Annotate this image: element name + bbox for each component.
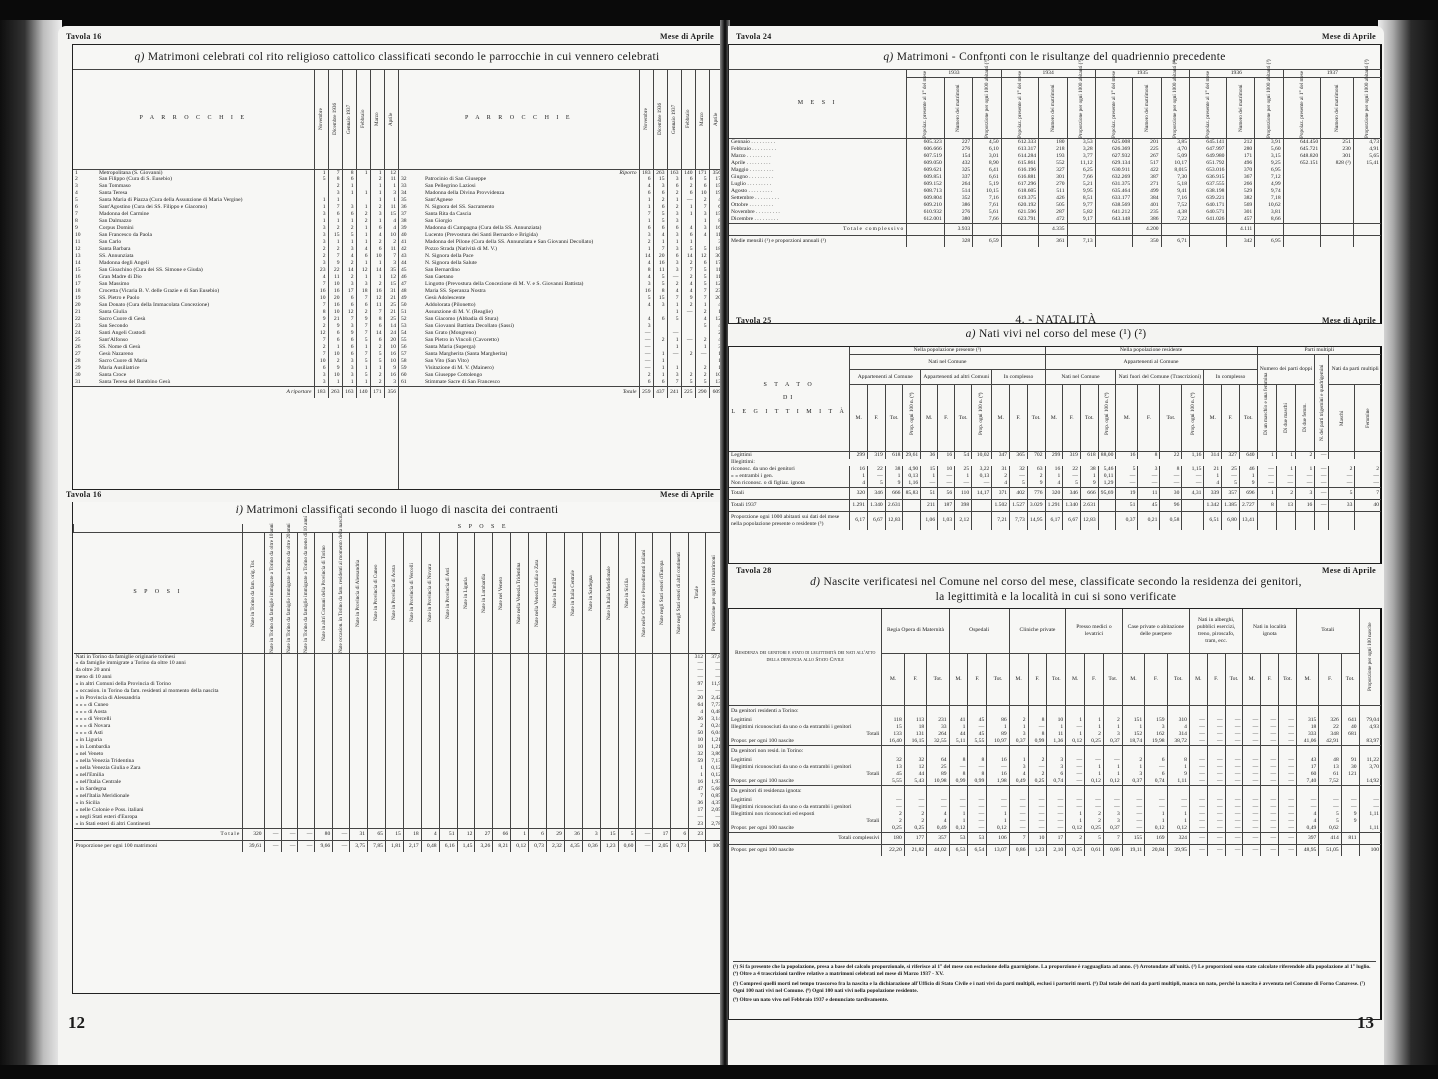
cell: 10 <box>1047 717 1066 724</box>
cell: 0,25 <box>1085 825 1104 832</box>
cell <box>333 807 350 814</box>
cell: 472 <box>1039 216 1067 223</box>
cell: 1 <box>370 183 384 190</box>
cell <box>618 716 636 723</box>
cell <box>529 744 547 751</box>
cell <box>385 730 403 737</box>
cell <box>529 730 547 737</box>
cell: — <box>955 480 972 487</box>
cell <box>564 688 582 695</box>
cell <box>529 716 547 723</box>
cell: 645.721 <box>1283 146 1320 153</box>
cell: — <box>1047 797 1066 804</box>
cell <box>511 758 529 765</box>
cell: 11 <box>328 274 342 281</box>
sub-label-text: Prop. ogni 100 n. (⁴) <box>1104 401 1111 435</box>
cell <box>475 681 493 688</box>
sub-label: Di due femm. <box>1296 385 1315 452</box>
cell: 6,71 <box>1161 235 1189 246</box>
cell: 2 <box>314 246 328 253</box>
table-row: Illegittimi riconosciuti da uno o da ent… <box>729 804 1381 811</box>
column-header-label: Febbraio <box>685 74 692 164</box>
column-header: Nate in Provincia di Alessandria <box>350 532 368 653</box>
column-header: Gennaio 1937 <box>342 69 356 169</box>
table-row: 42Pozzo Strada (Natività di M. V.)173551… <box>399 246 723 253</box>
birthplace-label: da oltre 20 anni <box>74 667 243 674</box>
cell: — <box>927 804 949 811</box>
cell: 48 <box>1319 757 1341 764</box>
comparison-table-title: q) Matrimoni - Confronti con le risultan… <box>729 51 1380 63</box>
cell <box>903 511 921 529</box>
cell <box>546 674 564 681</box>
cell: 402 <box>1010 487 1028 499</box>
cell <box>493 772 511 779</box>
column-header: Aprile <box>384 69 398 169</box>
cell <box>475 688 493 695</box>
cell <box>653 758 671 765</box>
cell: 357 <box>927 832 949 844</box>
cell <box>968 706 987 717</box>
cell: 8,015 <box>1161 167 1189 174</box>
parti-trigemini-label: N. dei parti trigemini e quadrigemini <box>1319 355 1326 451</box>
cell <box>439 807 457 814</box>
legitimacy-header-line: L E G I T T I M I T À <box>731 409 847 417</box>
cell: 6 <box>667 183 681 190</box>
cell: 159 <box>1145 717 1167 724</box>
cell <box>618 786 636 793</box>
total-cell: 16 <box>689 779 706 786</box>
month-row: Ottobre . . . . . . . . .609.2103867,616… <box>729 202 1381 209</box>
cell: 5 <box>1319 818 1341 825</box>
birthplace-marriages-table: i) Matrimoni classificati secondo il luo… <box>72 502 722 994</box>
cell <box>385 653 403 660</box>
cell: 1.291 <box>850 499 868 511</box>
table-row: » nelle Colonie e Poss. italiani172,05 <box>74 807 724 814</box>
proportion-row: Proporzione per ogni 100 matrimoni39,61—… <box>74 841 724 852</box>
cell: 14,92 <box>1359 778 1381 785</box>
cell: 3 <box>667 218 681 225</box>
cell: 21 <box>328 316 342 323</box>
cell: 1 <box>356 169 370 176</box>
cell: — <box>639 351 653 358</box>
cell: 9 <box>1341 811 1359 818</box>
cell: — <box>264 829 281 841</box>
cell: 1 <box>885 473 903 480</box>
cell <box>243 716 264 723</box>
cell <box>421 709 439 716</box>
cell <box>582 674 600 681</box>
cell <box>1167 745 1189 756</box>
cell <box>653 751 671 758</box>
cell <box>493 681 511 688</box>
cell <box>368 737 386 744</box>
cell <box>333 821 350 828</box>
table-row: 25Sant'Alfonso7665620 <box>73 337 398 344</box>
cell <box>511 765 529 772</box>
cell <box>457 765 475 772</box>
cell: 608.713 <box>907 188 944 195</box>
cell <box>1341 825 1359 832</box>
cell: — <box>1257 480 1276 487</box>
cell: 3 <box>342 365 356 372</box>
cell: 1 <box>1296 466 1315 473</box>
cell: 1 <box>987 818 1009 825</box>
cell <box>475 758 493 765</box>
column-header: Nate nella Venezia Giulia e Zara <box>529 532 547 653</box>
cell: 16 <box>384 372 398 379</box>
row-label: Medie mensili (¹) e proporzioni annuali … <box>729 235 907 246</box>
row-number: 12 <box>73 246 89 253</box>
cell <box>243 793 264 800</box>
cell: — <box>1359 797 1381 804</box>
cell: 637.555 <box>1190 181 1227 188</box>
column-header: Nate in Provincia di Asti <box>439 532 457 653</box>
cell <box>368 702 386 709</box>
cell: — <box>1225 832 1243 844</box>
cell: — <box>968 797 987 804</box>
sub-label: F. <box>1063 385 1081 452</box>
cell: 8,66 <box>1255 216 1283 223</box>
sub-label: Tot. <box>885 385 903 452</box>
cell: — <box>1103 797 1122 804</box>
cell: — <box>1116 480 1138 487</box>
cell <box>671 737 689 744</box>
cell: 6 <box>529 829 547 841</box>
cell: 702 <box>1027 451 1045 458</box>
cell: 44 <box>904 771 926 778</box>
subtotal-row: Totali4544898816426—11369——————6061121 <box>729 771 1381 778</box>
cell <box>264 758 281 765</box>
cell <box>1122 706 1144 717</box>
cell <box>350 667 368 674</box>
cell: 2 <box>1085 811 1104 818</box>
cell: 25 <box>384 316 398 323</box>
total-cell: 7 <box>689 793 706 800</box>
cell <box>511 786 529 793</box>
month-row: Luglio . . . . . . . . .609.1522645,1961… <box>729 181 1381 188</box>
cell <box>529 800 547 807</box>
cell <box>457 821 475 828</box>
table-row: » nella Venezia Giulia e Zara10,12 <box>74 765 724 772</box>
cell <box>529 765 547 772</box>
cell <box>243 674 264 681</box>
cell <box>653 779 671 786</box>
cell: 641.212 <box>1095 209 1132 216</box>
carried-forward-label: Riporto <box>399 169 639 176</box>
cell: 2,05 <box>653 841 671 852</box>
cell: 3 <box>1047 764 1066 771</box>
parish-name: Santa Margherita (Santa Margherita) <box>415 351 639 358</box>
column-header-label: Nate nella Venezia Giulia e Zara <box>534 533 541 653</box>
sub-label: F. <box>968 653 987 706</box>
table-row: 20San Donato (Cura della Immacolata Conc… <box>73 302 398 309</box>
cell <box>582 821 600 828</box>
cell <box>681 344 695 351</box>
cell: 7 <box>356 330 370 337</box>
cell <box>439 723 457 730</box>
cell <box>368 660 386 667</box>
cell <box>403 709 421 716</box>
cell: — <box>1066 764 1085 771</box>
cell: 7 <box>639 211 653 218</box>
location-group-header: Case private o abitazione delle puerpere <box>1122 609 1189 653</box>
cell: — <box>681 197 695 204</box>
cell <box>281 737 298 744</box>
cell: 2 <box>1329 466 1355 473</box>
sub-label: M. <box>850 385 868 452</box>
row-label: Totali <box>729 487 850 499</box>
cell: 0,21 <box>1138 511 1160 529</box>
cell: 9 <box>328 365 342 372</box>
birthplace-label: » nel Veneto <box>74 751 243 758</box>
cell: 140 <box>681 169 695 176</box>
cell <box>421 751 439 758</box>
cell <box>582 702 600 709</box>
column-header: Popolaz. presente al 1° del mese <box>907 77 944 138</box>
table-row: 52San Giacomo (Abbadia di Stura)465412 <box>399 316 723 323</box>
cell: — <box>1296 480 1315 487</box>
cell: 4 <box>653 232 667 239</box>
cell: 643.148 <box>1095 216 1132 223</box>
cell: 380 <box>944 216 972 223</box>
row-number: 33 <box>399 183 415 190</box>
row-number: 34 <box>399 190 415 197</box>
column-header-label: Popolaz. presente al 1° del mese <box>1017 78 1024 138</box>
cell <box>264 723 281 730</box>
cell: — <box>1160 480 1182 487</box>
cell: — <box>904 804 926 811</box>
cell: 0,37 <box>1009 738 1028 745</box>
cell: — <box>1261 797 1279 804</box>
cell: 2 <box>1085 731 1104 738</box>
cell <box>1161 223 1189 235</box>
cell: 25 <box>955 466 972 473</box>
cell <box>281 660 298 667</box>
sub-label: F. <box>868 385 886 452</box>
row-label: Totali <box>729 818 882 825</box>
column-header-label: Nate in Sicilia <box>624 533 631 653</box>
month-row: Settembre . . . . . . . . .609.8043527,1… <box>729 195 1381 202</box>
cell: — <box>1066 724 1085 731</box>
cell: 3,26 <box>475 841 493 852</box>
sub-label-text: Prop. ogni 100 n. (⁴) <box>1190 401 1197 435</box>
cell: 14 <box>370 267 384 274</box>
cell: 3 <box>639 281 653 288</box>
cell <box>564 772 582 779</box>
cell <box>350 681 368 688</box>
cell: — <box>1103 757 1122 764</box>
cell <box>298 695 315 702</box>
running-head-table-i-right: Mese di Aprile <box>660 490 714 499</box>
cell: 12,83 <box>1080 511 1098 529</box>
cell: — <box>1261 771 1279 778</box>
cell <box>350 758 368 765</box>
cell <box>511 709 529 716</box>
running-head-table-i: Tavola 16 <box>66 490 102 499</box>
cell <box>600 681 618 688</box>
cell <box>243 723 264 730</box>
cell: — <box>987 764 1009 771</box>
cell <box>582 758 600 765</box>
cell: 1 <box>384 197 398 204</box>
cell: — <box>1261 825 1279 832</box>
table-row: 40Lucento (Prevostura dei Santi Bernardo… <box>399 232 723 239</box>
cell: 6 <box>639 176 653 183</box>
cell: 9,25 <box>1255 160 1283 167</box>
total-cell: 10 <box>689 744 706 751</box>
cell <box>368 779 386 786</box>
parish-name: San Giuseppe Cottolengo <box>415 372 639 379</box>
cell: 5 <box>1085 832 1104 844</box>
cell <box>671 688 689 695</box>
cell <box>298 793 315 800</box>
cell <box>1261 785 1279 796</box>
sub-label: Prop. ogni 100 n. (⁴) <box>972 385 992 452</box>
cell: 319 <box>868 451 886 458</box>
cell <box>671 779 689 786</box>
row-label: Legittimi <box>729 757 882 764</box>
cell <box>475 730 493 737</box>
cell: 10 <box>695 190 709 197</box>
cell <box>600 821 618 828</box>
cell <box>493 793 511 800</box>
cell <box>421 737 439 744</box>
parish-name: Santa Giulia <box>89 309 314 316</box>
cell <box>298 660 315 667</box>
cell <box>457 688 475 695</box>
cell: 56 <box>938 487 955 499</box>
cell: — <box>1315 487 1329 499</box>
column-header-label: Nate occasion. in Torino da fam. residen… <box>338 533 345 653</box>
cell: 8 <box>1167 757 1189 764</box>
cell <box>333 723 350 730</box>
cell: 337 <box>944 174 972 181</box>
cell: 627.932 <box>1095 153 1132 160</box>
cell: 6 <box>667 225 681 232</box>
cell: 4,38 <box>1161 209 1189 216</box>
cell: — <box>681 309 695 316</box>
cell <box>243 681 264 688</box>
cell <box>671 716 689 723</box>
cell <box>333 681 350 688</box>
parish-name: Madonna di Campagna (Cura della SS. Annu… <box>415 225 639 232</box>
cell: 41,06 <box>1296 738 1318 745</box>
table-row: » » entrambi i gen.1—10,131—10,132—21—10… <box>729 473 1381 480</box>
cell: 8 <box>653 288 667 295</box>
column-header-label: Nate in Torino da famiglie immigrate a T… <box>269 533 276 653</box>
cell: 2 <box>384 239 398 246</box>
carried-forward-row: Riporto183263163140171356 <box>399 169 723 176</box>
births-by-residence-table: Residenza dei genitori e stato di legitt… <box>728 608 1382 1020</box>
cell <box>1353 181 1381 188</box>
cell <box>439 814 457 821</box>
cell <box>439 709 457 716</box>
cell: 645.141 <box>1190 138 1227 145</box>
column-header-label: Proporzione per ogni 1000 abitanti (¹) <box>1172 78 1179 138</box>
cell: 19,98 <box>1145 738 1167 745</box>
cell: — <box>1066 797 1085 804</box>
cell: 1 <box>681 204 695 211</box>
cell: 6,10 <box>973 146 1001 153</box>
cell <box>439 653 457 660</box>
category-header: Appartenenti al Comune <box>850 370 921 385</box>
cell <box>493 814 511 821</box>
cell: 3 <box>384 260 398 267</box>
column-header: Nate in Emilia <box>546 532 564 653</box>
sub-label: F. <box>1222 385 1240 452</box>
cell: 640.571 <box>1190 209 1227 216</box>
table-row: 58San Vito (San Vito)—11 <box>399 358 723 365</box>
cell <box>564 681 582 688</box>
cell: — <box>667 274 681 281</box>
cell: — <box>1009 804 1028 811</box>
cell: 183 <box>314 387 328 398</box>
cell: 346 <box>1063 487 1081 499</box>
cell: — <box>1225 778 1243 785</box>
parish-name: Maria SS. Speranza Nostra <box>415 288 639 295</box>
table-row: 8San Dalmazzo111214 <box>73 218 398 225</box>
cell <box>546 667 564 674</box>
cell: 7,13 <box>1067 235 1095 246</box>
cell <box>493 786 511 793</box>
cell: 2 <box>695 197 709 204</box>
cell <box>1283 216 1320 223</box>
row-label: Propor. per ogni 100 nascite <box>729 738 882 745</box>
cell <box>653 653 671 660</box>
cell: 22 <box>328 267 342 274</box>
sub-label: Tot. <box>1080 385 1098 452</box>
cell: 4 <box>1204 480 1222 487</box>
cell: 7,12 <box>1255 174 1283 181</box>
cell: — <box>281 841 298 852</box>
cell <box>1359 745 1381 756</box>
grand-total-row: Totali complessivi1801773575353106710172… <box>729 832 1381 844</box>
cell <box>439 821 457 828</box>
cell <box>368 814 386 821</box>
cell: — <box>1261 844 1279 855</box>
cell: 6,95 <box>1255 167 1283 174</box>
cell: 266 <box>1227 181 1255 188</box>
cell: 16 <box>328 302 342 309</box>
cell: 1 <box>356 365 370 372</box>
cell <box>1167 706 1189 717</box>
births-by-residence-grid: Residenza dei genitori e stato di legitt… <box>729 609 1381 856</box>
proportion-row: Proporzione ogni 1000 abitanti sui dati … <box>729 511 1381 529</box>
cell: — <box>667 351 681 358</box>
cell: 16 <box>384 351 398 358</box>
cell <box>333 779 350 786</box>
cell: 16,15 <box>904 738 926 745</box>
sub-label: M. <box>1296 653 1318 706</box>
cell: 7,66 <box>1067 174 1095 181</box>
cell: 227 <box>944 138 972 145</box>
table-row: 41Madonna del Pilone (Cura della SS. Ann… <box>399 239 723 246</box>
cell <box>1067 223 1095 235</box>
cell <box>421 660 439 667</box>
cell <box>421 779 439 786</box>
cell: 7,66 <box>973 216 1001 223</box>
cell: 9 <box>1027 480 1045 487</box>
cell <box>529 660 547 667</box>
column-header: Numero dei matrimoni <box>1227 77 1255 138</box>
cell: 32 <box>1010 466 1028 473</box>
cell: 64 <box>927 757 949 764</box>
cell <box>368 653 386 660</box>
month-label: Giugno . . . . . . . . . <box>729 174 907 181</box>
cell: 387 <box>1133 174 1161 181</box>
table-row: » » » di Asti506,04 <box>74 730 724 737</box>
cell <box>1341 706 1359 717</box>
